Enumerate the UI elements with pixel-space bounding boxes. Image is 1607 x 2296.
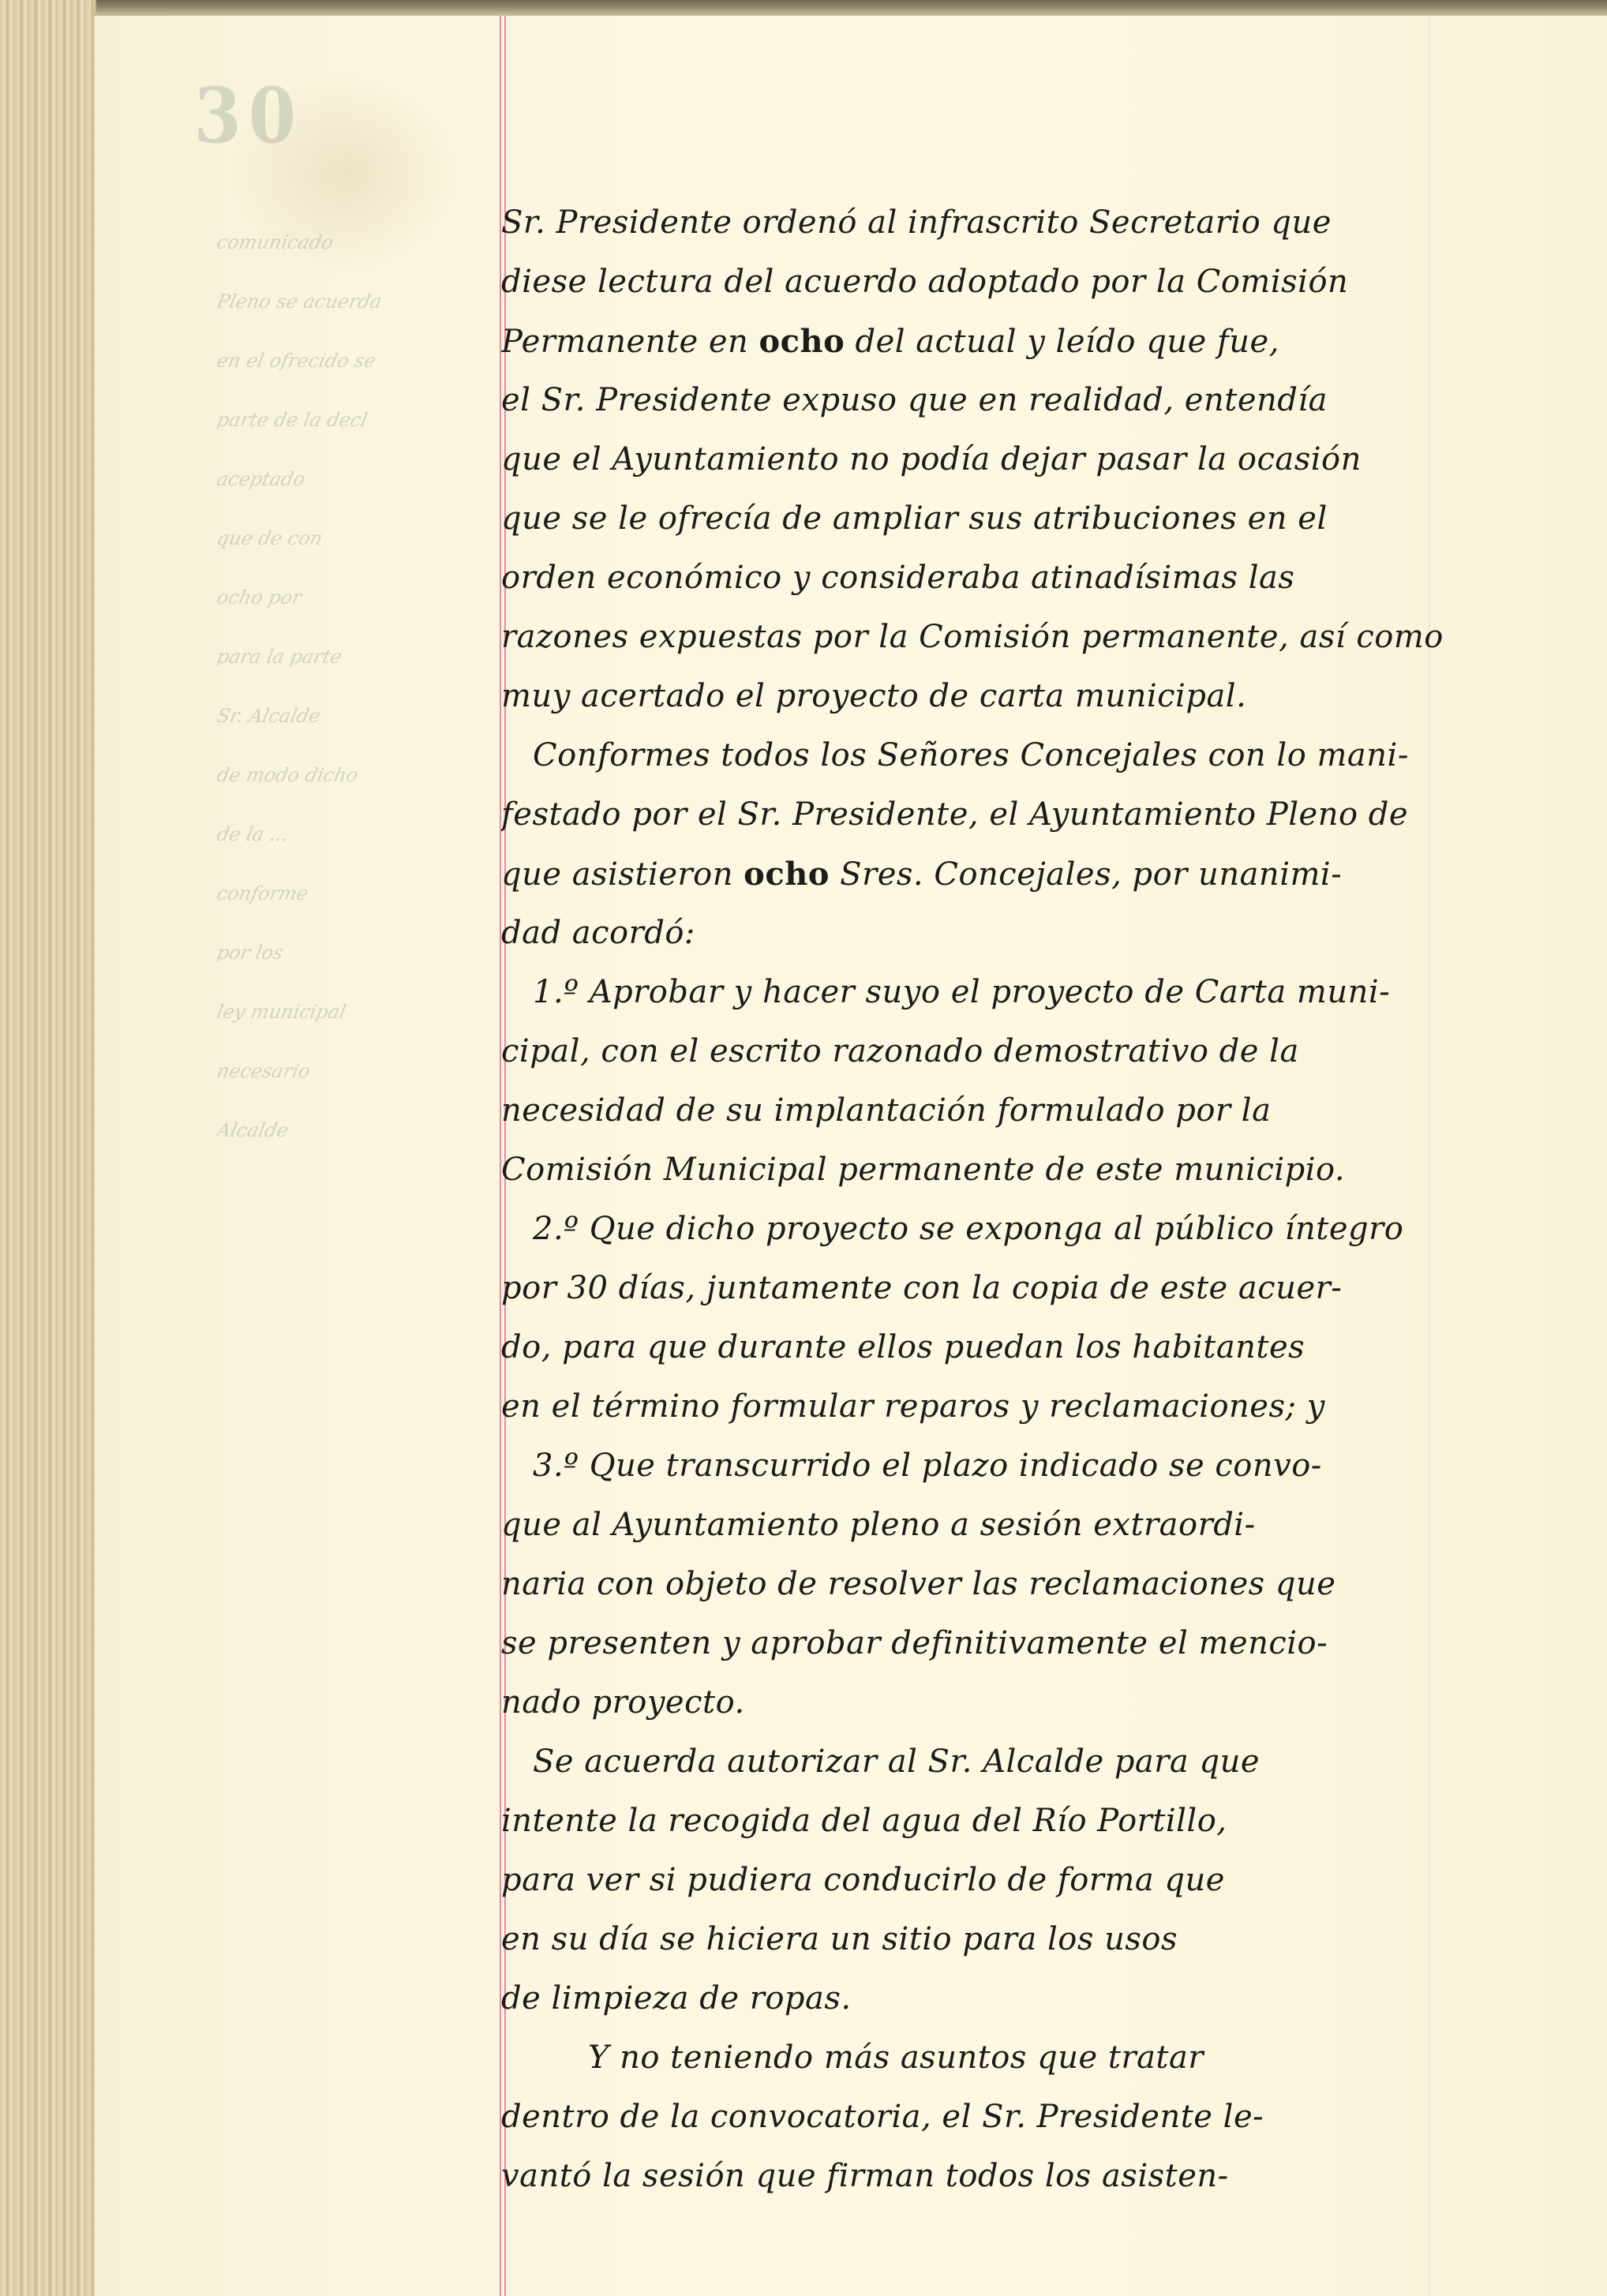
- emphasized-word: ocho: [744, 856, 830, 893]
- handwritten-line: necesidad de su implantación formulado p…: [501, 1081, 1602, 1141]
- book-top-edge: [0, 0, 1607, 16]
- handwritten-minutes: Sr. Presidente ordenó al infrascrito Sec…: [501, 193, 1602, 2206]
- handwritten-line: se presenten y aprobar definitivamente e…: [501, 1614, 1602, 1673]
- handwritten-line: en su día se hiciera un sitio para los u…: [501, 1910, 1602, 1969]
- handwritten-line: que asistieron ocho Sres. Concejales, po…: [501, 845, 1602, 904]
- handwritten-line: nado proyecto.: [501, 1673, 1602, 1732]
- handwritten-line: Se acuerda autorizar al Sr. Alcalde para…: [501, 1732, 1602, 1792]
- handwritten-line: vantó la sesión que firman todos los asi…: [501, 2147, 1602, 2206]
- handwritten-line: de limpieza de ropas.: [501, 1969, 1602, 2028]
- handwritten-line: razones expuestas por la Comisión perman…: [501, 608, 1602, 667]
- handwritten-line: orden económico y consideraba atinadísim…: [501, 549, 1602, 608]
- handwritten-line: dentro de la convocatoria, el Sr. Presid…: [501, 2088, 1602, 2147]
- handwritten-line: el Sr. Presidente expuso que en realidad…: [501, 371, 1602, 430]
- handwritten-line: que se le ofrecía de ampliar sus atribuc…: [501, 489, 1602, 549]
- page-stack-binding: [0, 0, 96, 2296]
- emphasized-word: ocho: [759, 323, 845, 360]
- handwritten-line: por 30 días, juntamente con la copia de …: [501, 1259, 1602, 1318]
- handwritten-line: intente la recogida del agua del Río Por…: [501, 1792, 1602, 1851]
- handwritten-line: diese lectura del acuerdo adoptado por l…: [501, 253, 1602, 312]
- handwritten-line: 1.º Aprobar y hacer suyo el proyecto de …: [501, 963, 1602, 1022]
- handwritten-line: Y no teniendo más asuntos que tratar: [501, 2028, 1602, 2088]
- handwritten-line: para ver si pudiera conducirlo de forma …: [501, 1851, 1602, 1910]
- handwritten-line: naria con objeto de resolver las reclama…: [501, 1555, 1602, 1614]
- handwritten-line: Sr. Presidente ordenó al infrascrito Sec…: [501, 193, 1602, 253]
- handwritten-line: que el Ayuntamiento no podía dejar pasar…: [501, 430, 1602, 489]
- handwritten-line: do, para que durante ellos puedan los ha…: [501, 1318, 1602, 1377]
- bleed-through-text: comunicado Pleno se acuerda en el ofreci…: [217, 213, 485, 1160]
- handwritten-line: que al Ayuntamiento pleno a sesión extra…: [501, 1496, 1602, 1555]
- handwritten-line: dad acordó:: [501, 904, 1602, 963]
- handwritten-line: muy acertado el proyecto de carta munici…: [501, 667, 1602, 726]
- handwritten-line: Comisión Municipal permanente de este mu…: [501, 1141, 1602, 1200]
- handwritten-line: Permanente en ocho del actual y leído qu…: [501, 312, 1602, 371]
- handwritten-line: cipal, con el escrito razonado demostrat…: [501, 1022, 1602, 1081]
- handwritten-line: Conformes todos los Señores Concejales c…: [501, 726, 1602, 785]
- ledger-page: 30 comunicado Pleno se acuerda en el ofr…: [95, 16, 1607, 2296]
- handwritten-line: 2.º Que dicho proyecto se exponga al púb…: [501, 1200, 1602, 1259]
- handwritten-line: en el término formular reparos y reclama…: [501, 1377, 1602, 1436]
- handwritten-line: festado por el Sr. Presidente, el Ayunta…: [501, 785, 1602, 845]
- page-number-stamp: 30: [194, 71, 303, 160]
- handwritten-line: 3.º Que transcurrido el plazo indicado s…: [501, 1436, 1602, 1496]
